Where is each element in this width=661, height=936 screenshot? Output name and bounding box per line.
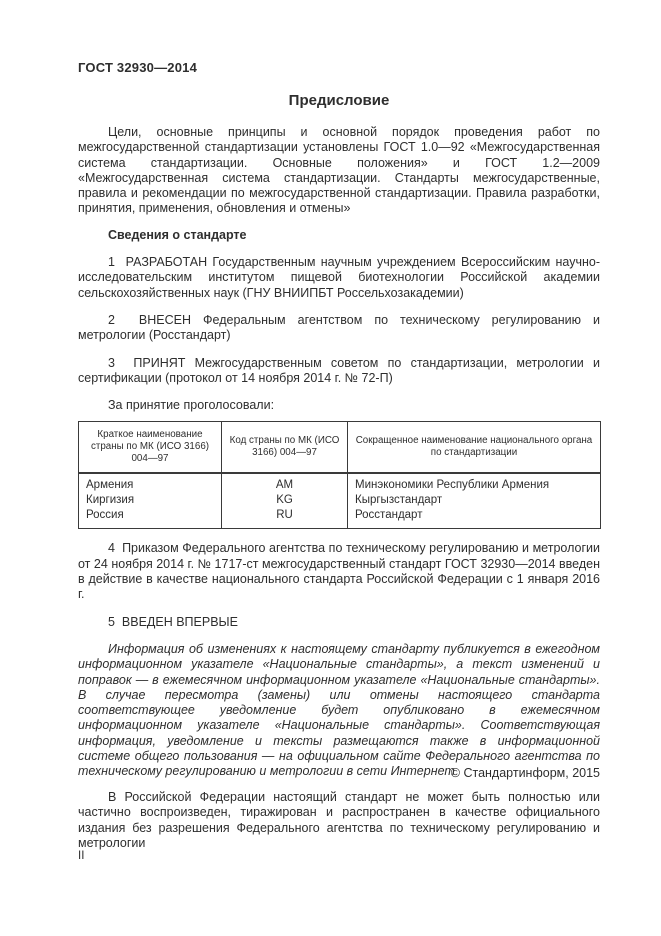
cell-code: AM bbox=[222, 473, 348, 493]
cell-org: Минэкономики Республики Армения bbox=[348, 473, 601, 493]
table-row: Киргизия KG Кыргызстандарт bbox=[79, 493, 601, 508]
clause-developed: 1 РАЗРАБОТАН Государственным научным учр… bbox=[78, 255, 600, 301]
cell-country: Киргизия bbox=[79, 493, 222, 508]
cell-org: Росстандарт bbox=[348, 508, 601, 529]
copyright-line: © Стандартинформ, 2015 bbox=[451, 766, 600, 781]
cell-country: Россия bbox=[79, 508, 222, 529]
reproduction-restriction: В Российской Федерации настоящий стандар… bbox=[78, 790, 600, 851]
clause-order: 4 Приказом Федерального агентства по тех… bbox=[78, 541, 600, 602]
intro-paragraph: Цели, основные принципы и основной поряд… bbox=[78, 125, 600, 217]
amendments-notice: Информация об изменениях к настоящему ст… bbox=[78, 642, 600, 780]
doc-code: ГОСТ 32930—2014 bbox=[78, 60, 600, 76]
clause-submitted: 2 ВНЕСЕН Федеральным агентством по техни… bbox=[78, 313, 600, 344]
table-header-code: Код страны по МК (ИСО 3166) 004—97 bbox=[222, 422, 348, 474]
cell-code: KG bbox=[222, 493, 348, 508]
clause-adopted: 3 ПРИНЯТ Межгосударственным советом по с… bbox=[78, 356, 600, 387]
table-row: Армения AM Минэкономики Республики Армен… bbox=[79, 473, 601, 493]
page-title: Предисловие bbox=[78, 92, 600, 110]
voting-table: Краткое наименование страны по МК (ИСО 3… bbox=[78, 421, 601, 529]
cell-country: Армения bbox=[79, 473, 222, 493]
cell-org: Кыргызстандарт bbox=[348, 493, 601, 508]
section-heading: Сведения о стандарте bbox=[108, 228, 600, 243]
table-header-country: Краткое наименование страны по МК (ИСО 3… bbox=[79, 422, 222, 474]
table-header-row: Краткое наименование страны по МК (ИСО 3… bbox=[79, 422, 601, 474]
table-row: Россия RU Росстандарт bbox=[79, 508, 601, 529]
page-number: II bbox=[78, 849, 84, 863]
table-header-org: Сокращенное наименование национального о… bbox=[348, 422, 601, 474]
clause-first-introduced: 5 ВВЕДЕН ВПЕРВЫЕ bbox=[78, 615, 600, 630]
vote-label: За принятие проголосовали: bbox=[78, 398, 600, 413]
cell-code: RU bbox=[222, 508, 348, 529]
document-page: ГОСТ 32930—2014 Предисловие Цели, основн… bbox=[0, 0, 661, 936]
